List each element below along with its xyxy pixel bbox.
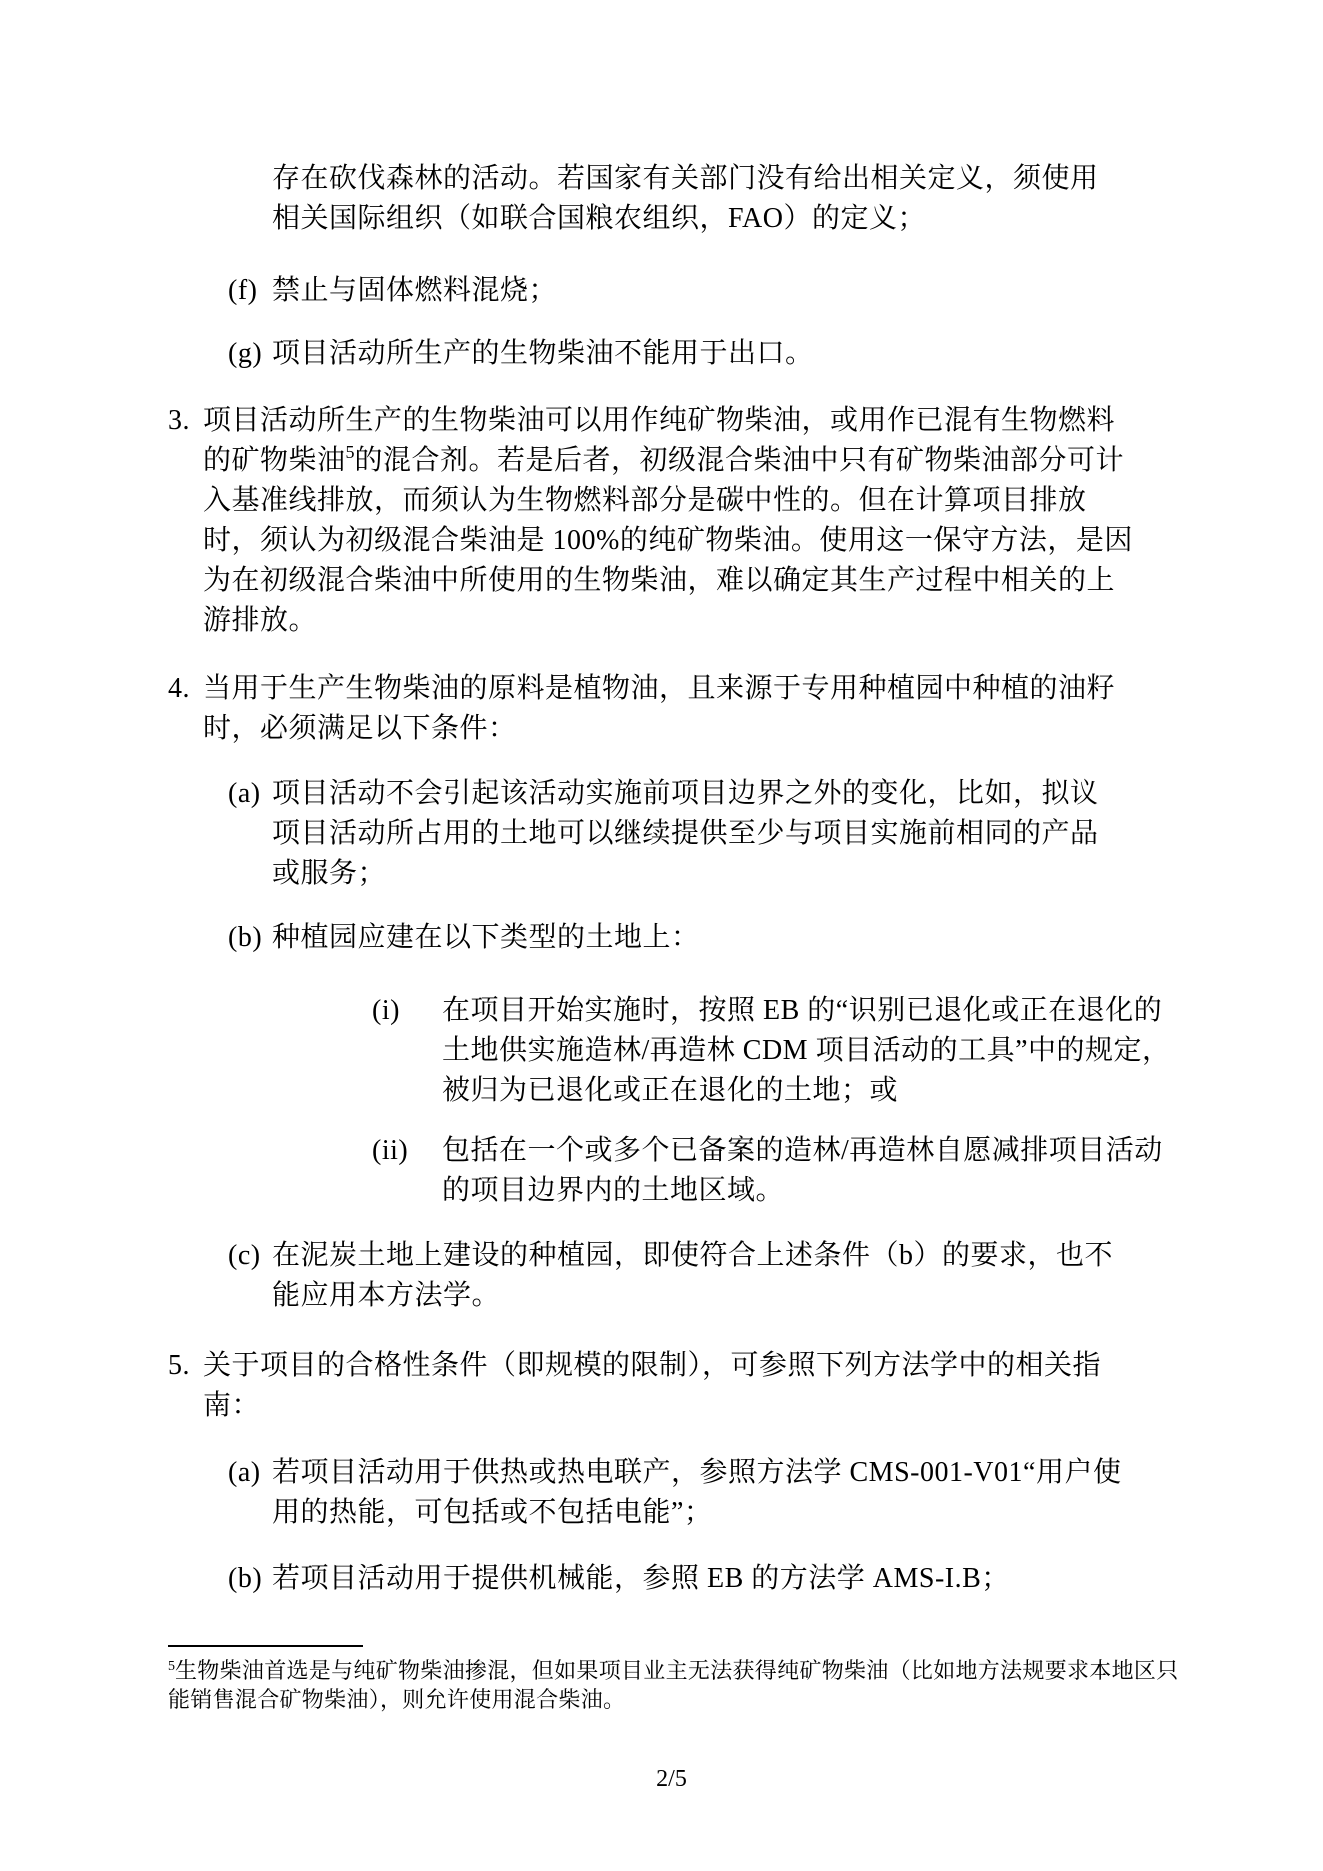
paragraph-intro-continuation: 存在砍伐森林的活动。若国家有关部门没有给出相关定义，须使用 相关国际组织（如联合… [272,159,1099,239]
text-line: 土地供实施造林/再造林 CDM 项目活动的工具”中的规定， [442,1031,1171,1071]
list-marker: 5. [168,1346,190,1386]
text-line: 存在砍伐森林的活动。若国家有关部门没有给出相关定义，须使用 [272,159,1099,199]
list-marker: (i) [372,991,400,1031]
text-line: 能应用本方法学。 [272,1276,1113,1316]
text-line: 项目活动所生产的生物柴油不能用于出口。 [272,334,814,374]
list-marker: (a) [228,1453,261,1493]
footnote: 5生物柴油首选是与纯矿物柴油掺混，但如果项目业主无法获得纯矿物柴油（比如地方法规… [168,1656,1179,1714]
list-marker: (b) [228,1559,262,1599]
list-marker: (ii) [372,1131,408,1171]
text-line: 禁止与固体燃料混烧； [272,271,557,311]
text-line: 南： [203,1386,1101,1426]
footnote-separator [168,1645,363,1647]
text-line: 或服务； [272,854,1099,894]
list-item-g: (g) 项目活动所生产的生物柴油不能用于出口。 [228,334,814,374]
text-line: 种植园应建在以下类型的土地上： [272,918,700,958]
list-item-4a: (a) 项目活动不会引起该活动实施前项目边界之外的变化，比如，拟议 项目活动所占… [228,774,1099,894]
text-line: 为在初级混合柴油中所使用的生物柴油，难以确定其生产过程中相关的上 [203,561,1133,601]
footnote-marker: 5 [168,1659,175,1674]
text-segment: 的矿物柴油 [203,445,346,476]
text-line: 被归为已退化或正在退化的土地；或 [442,1071,1171,1111]
list-marker: (g) [228,334,262,374]
list-marker: (f) [228,271,257,311]
footnote-line: 5生物柴油首选是与纯矿物柴油掺混，但如果项目业主无法获得纯矿物柴油（比如地方法规… [168,1656,1179,1685]
list-item-f: (f) 禁止与固体燃料混烧； [228,271,557,311]
list-item-4c: (c) 在泥炭土地上建设的种植园，即使符合上述条件（b）的要求，也不 能应用本方… [228,1236,1113,1316]
paragraph-4: 4. 当用于生产生物柴油的原料是植物油，且来源于专用种植园中种植的油籽 时，必须… [168,669,1115,749]
document-page: 存在砍伐森林的活动。若国家有关部门没有给出相关定义，须使用 相关国际组织（如联合… [0,0,1323,1871]
list-marker: (a) [228,774,261,814]
text-line: 用的热能，可包括或不包括电能”； [272,1493,1121,1533]
text-segment: 的混合剂。若是后者，初级混合柴油中只有矿物柴油部分可计 [355,445,1125,476]
list-marker: 3. [168,401,190,441]
text-line: 的项目边界内的土地区域。 [442,1171,1163,1211]
list-marker: (b) [228,918,262,958]
text-line: 时，必须满足以下条件： [203,709,1115,749]
footnote-line: 能销售混合矿物柴油），则允许使用混合柴油。 [168,1685,1179,1714]
list-item-5a: (a) 若项目活动用于供热或热电联产，参照方法学 CMS-001-V01“用户使… [228,1453,1121,1533]
text-line: 项目活动不会引起该活动实施前项目边界之外的变化，比如，拟议 [272,774,1099,814]
text-line: 在项目开始实施时，按照 EB 的“识别已退化或正在退化的 [442,991,1171,1031]
list-item-4b: (b) 种植园应建在以下类型的土地上： [228,918,700,958]
text-line: 时，须认为初级混合柴油是 100%的纯矿物柴油。使用这一保守方法，是因 [203,521,1133,561]
text-line: 当用于生产生物柴油的原料是植物油，且来源于专用种植园中种植的油籽 [203,669,1115,709]
paragraph-5: 5. 关于项目的合格性条件（即规模的限制），可参照下列方法学中的相关指 南： [168,1346,1101,1426]
text-line: 的矿物柴油5的混合剂。若是后者，初级混合柴油中只有矿物柴油部分可计 [203,441,1133,481]
page-number: 2/5 [0,1765,1323,1793]
list-item-4b-ii: (ii) 包括在一个或多个已备案的造林/再造林自愿减排项目活动 的项目边界内的土… [372,1131,1163,1211]
text-line: 包括在一个或多个已备案的造林/再造林自愿减排项目活动 [442,1131,1163,1171]
text-segment: 生物柴油首选是与纯矿物柴油掺混，但如果项目业主无法获得纯矿物柴油（比如地方法规要… [175,1658,1179,1683]
list-marker: 4. [168,669,190,709]
text-line: 项目活动所占用的土地可以继续提供至少与项目实施前相同的产品 [272,814,1099,854]
text-line: 在泥炭土地上建设的种植园，即使符合上述条件（b）的要求，也不 [272,1236,1113,1276]
footnote-reference: 5 [346,442,355,462]
list-marker: (c) [228,1236,261,1276]
text-line: 入基准线排放，而须认为生物燃料部分是碳中性的。但在计算项目排放 [203,481,1133,521]
paragraph-3: 3. 项目活动所生产的生物柴油可以用作纯矿物柴油，或用作已混有生物燃料 的矿物柴… [168,401,1133,641]
text-line: 游排放。 [203,601,1133,641]
text-line: 若项目活动用于提供机械能，参照 EB 的方法学 AMS-I.B； [272,1559,1010,1599]
list-item-5b: (b) 若项目活动用于提供机械能，参照 EB 的方法学 AMS-I.B； [228,1559,1010,1599]
text-line: 项目活动所生产的生物柴油可以用作纯矿物柴油，或用作已混有生物燃料 [203,401,1133,441]
text-line: 关于项目的合格性条件（即规模的限制），可参照下列方法学中的相关指 [203,1346,1101,1386]
text-line: 若项目活动用于供热或热电联产，参照方法学 CMS-001-V01“用户使 [272,1453,1121,1493]
list-item-4b-i: (i) 在项目开始实施时，按照 EB 的“识别已退化或正在退化的 土地供实施造林… [372,991,1171,1111]
text-line: 相关国际组织（如联合国粮农组织，FAO）的定义； [272,199,1099,239]
